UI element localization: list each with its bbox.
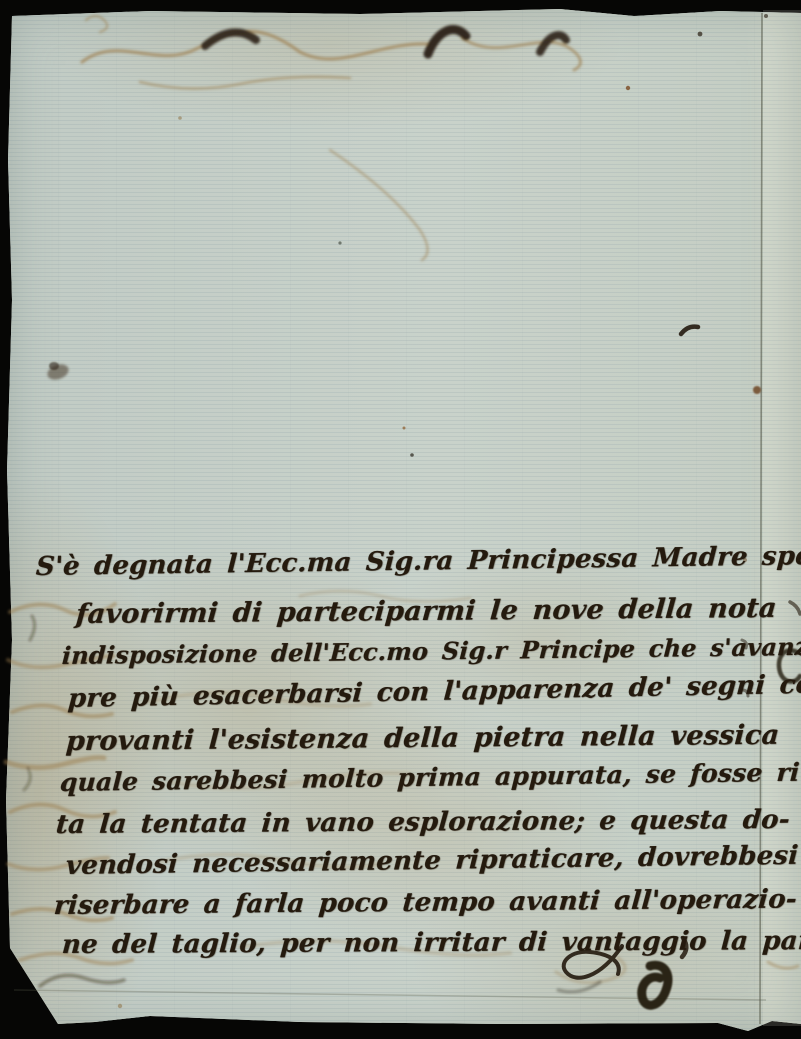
signature-flourish-layer — [0, 0, 801, 1039]
photographed-manuscript: S'è degnata l'Ecc.ma Sig.ra Principessa … — [0, 0, 801, 1039]
signature-flourish — [558, 938, 686, 1005]
